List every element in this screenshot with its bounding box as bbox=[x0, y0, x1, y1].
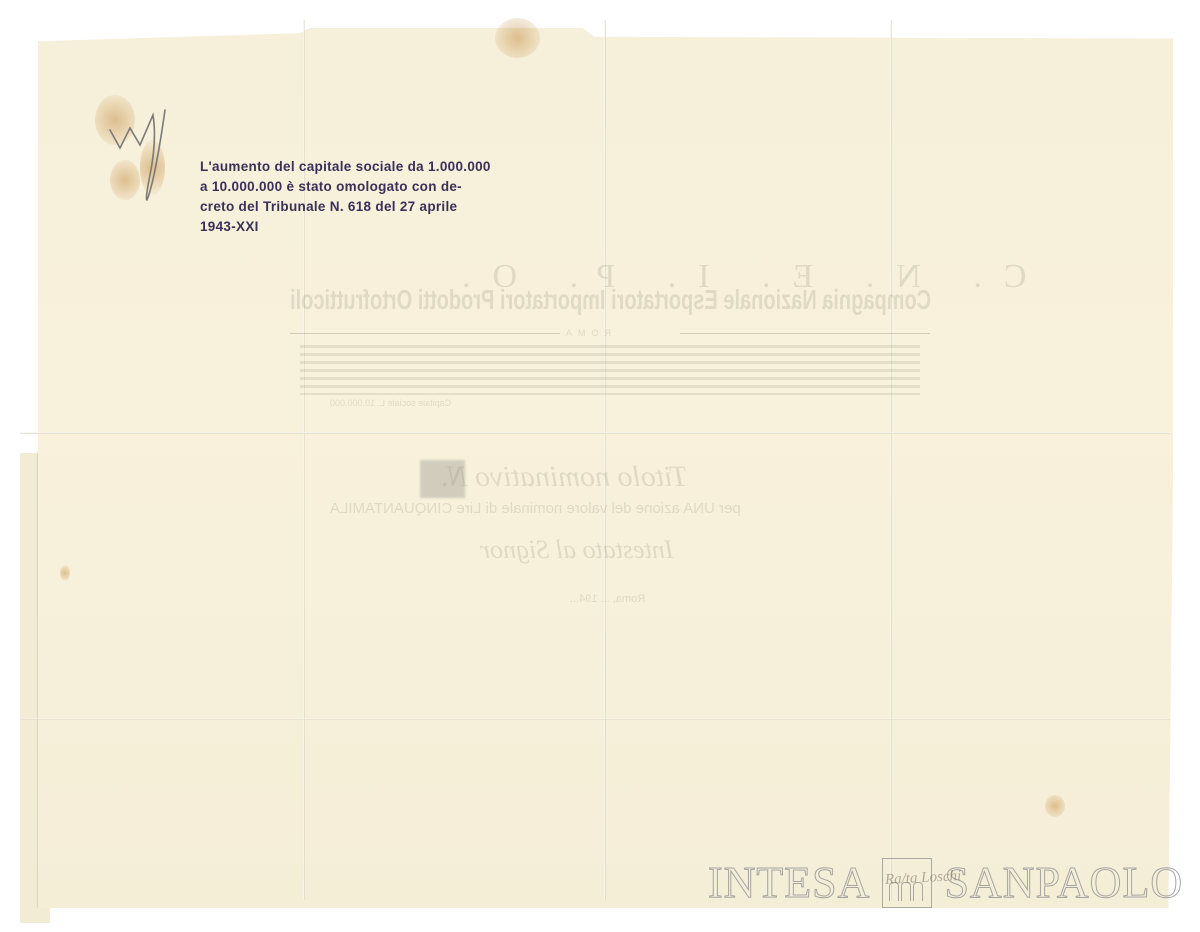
stamp-line: 1943-XXI bbox=[200, 217, 540, 237]
show-through-titolo: Titolo nominativo N. bbox=[440, 460, 688, 494]
fold-line bbox=[20, 432, 1170, 434]
show-through-date: Roma, ... 194... bbox=[570, 593, 645, 605]
fold-line bbox=[890, 20, 892, 900]
show-through-city: ROMA bbox=[560, 328, 611, 338]
show-through-company: Compagnia Nazionale Esportatori Importat… bbox=[290, 285, 931, 317]
stamp-line: creto del Tribunale N. 618 del 27 aprile bbox=[200, 197, 540, 217]
show-through-holder: Intestato al Signor bbox=[480, 535, 674, 565]
fold-line bbox=[20, 718, 1170, 720]
watermark-left-text: INTESA bbox=[708, 861, 870, 905]
show-through-fine-print bbox=[300, 345, 920, 395]
divider bbox=[290, 333, 560, 334]
stamp-line: a 10.000.000 è stato omologato con de- bbox=[200, 177, 540, 197]
fold-line bbox=[303, 20, 305, 900]
stain bbox=[495, 18, 540, 58]
stamp-notice: L'aumento del capitale sociale da 1.000.… bbox=[200, 157, 540, 237]
pencil-mark-icon bbox=[95, 100, 185, 210]
stain bbox=[1045, 795, 1065, 817]
stain bbox=[60, 565, 70, 581]
watermark-right-text: SANPAOLO bbox=[944, 861, 1183, 905]
stamp-line: L'aumento del capitale sociale da 1.000.… bbox=[200, 157, 540, 177]
show-through-capital: Capitale sociale L. 10.000.000 bbox=[330, 398, 451, 408]
divider bbox=[680, 333, 930, 334]
show-through-shares: per UNA azione del valore nominale di Li… bbox=[330, 500, 741, 517]
